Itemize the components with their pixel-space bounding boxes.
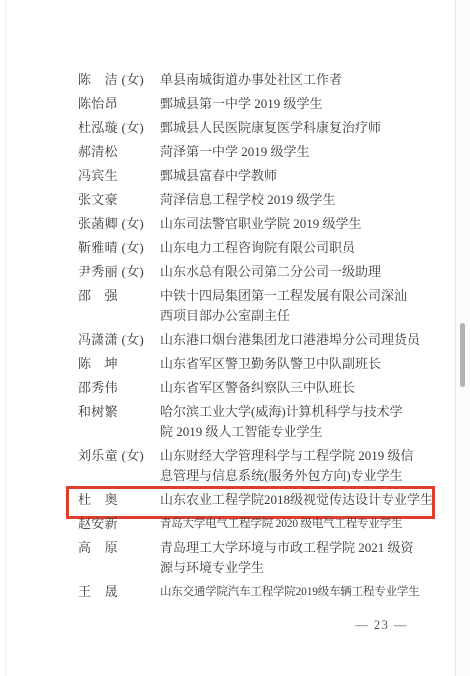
list-entry: 高 原青岛理工大学环境与市政工程学院 2021 级资源与环境专业学生 bbox=[78, 538, 430, 578]
entry-name: 赵安新 bbox=[78, 514, 160, 534]
entry-description: 哈尔滨工业大学(威海)计算机科学与技术学院 2019 级人工智能专业学生 bbox=[160, 402, 403, 442]
entry-name: 张文豪 bbox=[78, 190, 160, 210]
scrollbar-track[interactable] bbox=[456, 0, 470, 676]
entry-name: 张菡卿 (女) bbox=[78, 214, 160, 234]
list-entry: 王 晟山东交通学院汽车工程学院2019级车辆工程专业学生 bbox=[78, 582, 430, 602]
entry-description-line: 源与环境专业学生 bbox=[160, 558, 414, 578]
entry-description-line: 山东水总有限公司第二分公司一级助理 bbox=[160, 262, 381, 282]
entry-name: 邵 强 bbox=[78, 286, 160, 306]
entry-description: 山东省军区警备纠察队三中队班长 bbox=[160, 378, 355, 398]
list-entry: 邵 强中铁十四局集团第一工程发展有限公司深汕西项目部办公室副主任 bbox=[78, 286, 430, 326]
entry-description-line: 鄄城县富春中学教师 bbox=[160, 166, 277, 186]
entry-description-line: 青岛理工大学环境与市政工程学院 2021 级资 bbox=[160, 538, 414, 558]
entry-name: 王 晟 bbox=[78, 582, 160, 602]
list-entry: 靳雅晴 (女)山东电力工程咨询院有限公司职员 bbox=[78, 238, 430, 258]
page-number: — 23 — bbox=[355, 618, 408, 633]
entry-description: 山东交通学院汽车工程学院2019级车辆工程专业学生 bbox=[160, 582, 420, 602]
entry-description-line: 山东电力工程咨询院有限公司职员 bbox=[160, 238, 355, 258]
entry-description-line: 西项目部办公室副主任 bbox=[160, 306, 407, 326]
list-entry: 张菡卿 (女)山东司法警官职业学院 2019 级学生 bbox=[78, 214, 430, 234]
entry-description-line: 山东港口烟台港集团龙口港港埠分公司理货员 bbox=[160, 330, 420, 350]
entry-description-line: 山东农业工程学院2018级视觉传达设计专业学生 bbox=[160, 490, 433, 510]
scrollbar-thumb[interactable] bbox=[460, 323, 465, 387]
entry-description-line: 哈尔滨工业大学(威海)计算机科学与技术学 bbox=[160, 402, 403, 422]
entry-description-line: 山东财经大学管理科学与工程学院 2019 级信 bbox=[160, 446, 414, 466]
entry-name: 杜 奥 bbox=[78, 490, 160, 510]
entry-description-line: 青岛大学电气工程学院 2020 级电气工程专业学生 bbox=[160, 514, 402, 534]
entry-description-line: 山东省军区警卫勤务队警卫中队副班长 bbox=[160, 354, 381, 374]
entry-description: 鄄城县人民医院康复医学科康复治疗师 bbox=[160, 118, 381, 138]
entry-name: 冯潇潇 (女) bbox=[78, 330, 160, 350]
entry-name: 邵秀伟 bbox=[78, 378, 160, 398]
list-entry: 杜泓璇 (女)鄄城县人民医院康复医学科康复治疗师 bbox=[78, 118, 430, 138]
entry-description-line: 山东交通学院汽车工程学院2019级车辆工程专业学生 bbox=[160, 582, 420, 602]
entry-description: 中铁十四局集团第一工程发展有限公司深汕西项目部办公室副主任 bbox=[160, 286, 407, 326]
entry-description: 山东司法警官职业学院 2019 级学生 bbox=[160, 214, 362, 234]
entry-description: 青岛理工大学环境与市政工程学院 2021 级资源与环境专业学生 bbox=[160, 538, 414, 578]
list-entry: 张文豪菏泽信息工程学校 2019 级学生 bbox=[78, 190, 430, 210]
entry-description: 山东电力工程咨询院有限公司职员 bbox=[160, 238, 355, 258]
entry-description: 鄄城县富春中学教师 bbox=[160, 166, 277, 186]
entry-description: 山东港口烟台港集团龙口港港埠分公司理货员 bbox=[160, 330, 420, 350]
entry-name: 和树繁 bbox=[78, 402, 160, 422]
entry-description-line: 山东省军区警备纠察队三中队班长 bbox=[160, 378, 355, 398]
document-page: 陈 洁 (女)单县南城街道办事处社区工作者陈怡昂鄄城县第一中学 2019 级学生… bbox=[0, 0, 470, 676]
entry-description: 山东财经大学管理科学与工程学院 2019 级信息管理与信息系统(服务外包方向)专… bbox=[160, 446, 414, 486]
list-entry: 刘乐童 (女)山东财经大学管理科学与工程学院 2019 级信息管理与信息系统(服… bbox=[78, 446, 430, 486]
list-entry-highlighted: 杜 奥山东农业工程学院2018级视觉传达设计专业学生 bbox=[78, 490, 430, 510]
entry-description-line: 菏泽信息工程学校 2019 级学生 bbox=[160, 190, 336, 210]
recognition-list: 陈 洁 (女)单县南城街道办事处社区工作者陈怡昂鄄城县第一中学 2019 级学生… bbox=[78, 70, 430, 606]
entry-description: 鄄城县第一中学 2019 级学生 bbox=[160, 94, 323, 114]
entry-description: 山东水总有限公司第二分公司一级助理 bbox=[160, 262, 381, 282]
entry-description: 山东农业工程学院2018级视觉传达设计专业学生 bbox=[160, 490, 433, 510]
entry-description-line: 单县南城街道办事处社区工作者 bbox=[160, 70, 342, 90]
entry-name: 陈 洁 (女) bbox=[78, 70, 160, 90]
entry-description-line: 院 2019 级人工智能专业学生 bbox=[160, 422, 403, 442]
list-entry: 陈怡昂鄄城县第一中学 2019 级学生 bbox=[78, 94, 430, 114]
list-entry: 邵秀伟山东省军区警备纠察队三中队班长 bbox=[78, 378, 430, 398]
entry-description: 青岛大学电气工程学院 2020 级电气工程专业学生 bbox=[160, 514, 402, 534]
list-entry: 冯潇潇 (女)山东港口烟台港集团龙口港港埠分公司理货员 bbox=[78, 330, 430, 350]
entry-name: 高 原 bbox=[78, 538, 160, 558]
list-entry: 陈 洁 (女)单县南城街道办事处社区工作者 bbox=[78, 70, 430, 90]
entry-name: 靳雅晴 (女) bbox=[78, 238, 160, 258]
entry-name: 陈怡昂 bbox=[78, 94, 160, 114]
entry-description-line: 中铁十四局集团第一工程发展有限公司深汕 bbox=[160, 286, 407, 306]
list-entry: 尹秀丽 (女)山东水总有限公司第二分公司一级助理 bbox=[78, 262, 430, 282]
entry-name: 刘乐童 (女) bbox=[78, 446, 160, 466]
entry-description-line: 菏泽第一中学 2019 级学生 bbox=[160, 142, 310, 162]
entry-name: 杜泓璇 (女) bbox=[78, 118, 160, 138]
list-entry: 陈 坤山东省军区警卫勤务队警卫中队副班长 bbox=[78, 354, 430, 374]
entry-description: 单县南城街道办事处社区工作者 bbox=[160, 70, 342, 90]
entry-name: 郝清松 bbox=[78, 142, 160, 162]
entry-name: 尹秀丽 (女) bbox=[78, 262, 160, 282]
entry-description-line: 山东司法警官职业学院 2019 级学生 bbox=[160, 214, 362, 234]
entry-description-line: 鄄城县第一中学 2019 级学生 bbox=[160, 94, 323, 114]
list-entry: 赵安新青岛大学电气工程学院 2020 级电气工程专业学生 bbox=[78, 514, 430, 534]
entry-description-line: 鄄城县人民医院康复医学科康复治疗师 bbox=[160, 118, 381, 138]
entry-name: 冯宾生 bbox=[78, 166, 160, 186]
entry-description-line: 息管理与信息系统(服务外包方向)专业学生 bbox=[160, 466, 414, 486]
entry-name: 陈 坤 bbox=[78, 354, 160, 374]
page-left-edge bbox=[5, 0, 6, 676]
entry-description: 菏泽第一中学 2019 级学生 bbox=[160, 142, 310, 162]
entry-description: 菏泽信息工程学校 2019 级学生 bbox=[160, 190, 336, 210]
list-entry: 郝清松菏泽第一中学 2019 级学生 bbox=[78, 142, 430, 162]
list-entry: 冯宾生鄄城县富春中学教师 bbox=[78, 166, 430, 186]
list-entry: 和树繁哈尔滨工业大学(威海)计算机科学与技术学院 2019 级人工智能专业学生 bbox=[78, 402, 430, 442]
entry-description: 山东省军区警卫勤务队警卫中队副班长 bbox=[160, 354, 381, 374]
